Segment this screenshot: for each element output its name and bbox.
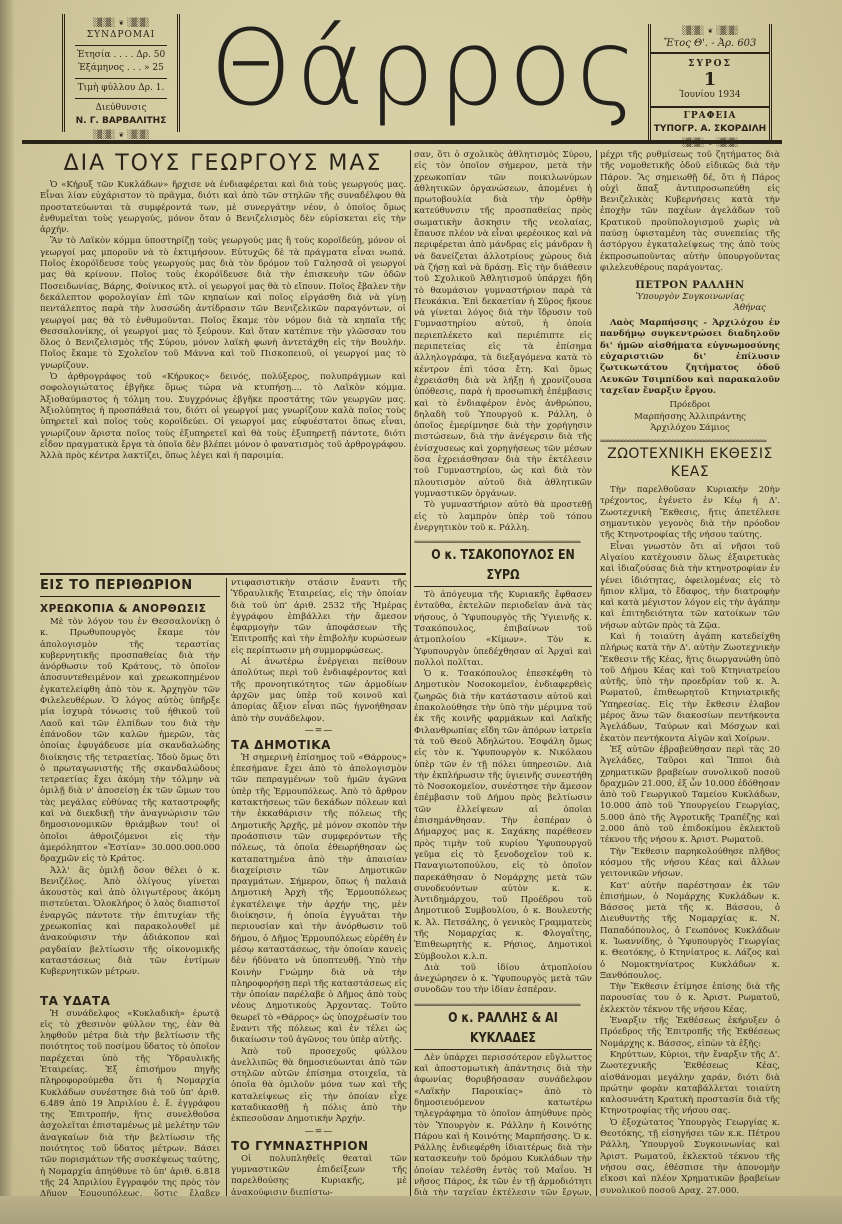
item-headline-rallis: Ο κ. ΡΑΛΛΗΣ & ΑΙ ΚΥΚΛΑΔΕΣ <box>427 1009 578 1049</box>
item-text: Ἡ συνάδελφος «Κυκλαδικὴ» ἐρωτᾷ εἰς τὸ χθ… <box>40 1009 220 1197</box>
issue-date: Ἰουνίου 1934 <box>651 89 769 108</box>
item-text: Τὸ ἀπόγευμα τῆς Κυριακῆς ἔφθασεν ἐνταῦθα… <box>414 590 592 669</box>
continuation-text: Τὸ γυμναστήριον αὐτὸ θὰ προστεθῇ εἰς τὸ … <box>414 500 592 534</box>
newspaper-title: Θάρρος <box>210 8 630 128</box>
telegram-recipient-place: Ἀθήνας <box>600 303 780 314</box>
continuation-text: ντιφασιστικὴν στάσιν ἔναντι τῆς Ὑδραυλικ… <box>231 578 407 657</box>
item-subheadline-keas: ΚΕΑΣ <box>600 463 780 481</box>
column-rule <box>226 578 227 1196</box>
item-text: Εἶναι γνωστὸν ὅτι αἱ νῆσοι τοῦ Αἰγαίου κ… <box>600 542 780 632</box>
item-text: Ἀλλ' ἂς ὁμιλῇ ὅσον θέλει ὁ κ. Βενιζέλος.… <box>40 866 220 979</box>
column-rule <box>410 150 411 1196</box>
item-headline-gymnastirion: ΤΟ ΓΥΜΝΑΣΤΗΡΙΟΝ <box>231 1138 407 1154</box>
telegram-recipient: ΠΕΤΡΟΝ ΡΑΛΛΗΝ <box>600 280 780 291</box>
column-rule <box>596 150 597 1196</box>
director-name: Ν. Γ. ΒΑΡΒΑΛΙΤΗΣ <box>65 115 177 128</box>
item-text: Διὰ τοῦ ἰδίου ἀτμοπλοίου ἀνεχώρησεν ὁ κ.… <box>414 963 592 997</box>
subscription-semester: Ἐξάμηνος . . . » 25 <box>65 62 177 75</box>
telegram-signer: Ἀρχιλόχου Σάμιος <box>600 423 780 434</box>
right-column: μέχρι τῆς ρυθμίσεως τοῦ ζητήματος διὰ τῆ… <box>600 150 780 1196</box>
item-text: Κατ' αὐτὴν παρέστησαν ἐκ τῶν ἐπισήμων, ὁ… <box>600 881 780 983</box>
ornament-top: ░▒░▒░ ❦ ░▒░▒░ <box>651 24 769 37</box>
lead-paragraph: Ὁ ἀρθρογράφος τοῦ «Κήρυκος» δεινός, πολύ… <box>40 372 406 462</box>
item-text: Ὁ κ. Τσακόπουλος ἐπεσκέφθη τὸ Δημοτικὸν … <box>414 669 592 963</box>
ornament-top: ░▒░▒░ ❦ ░▒░▒░ <box>65 16 177 29</box>
item-text: Μὲ τὸν λόγον του ἐν Θεσσαλονίκῃ ὁ κ. Πρω… <box>40 617 220 866</box>
item-text: Τὴν παρελθοῦσαν Κυριακὴν 20ὴν τρέχοντος,… <box>600 485 780 541</box>
ornamental-rule: ≈≈≈≈≈≈≈≈≈≈≈≈≈≈≈≈≈≈≈≈≈≈≈≈≈≈≈≈≈≈≈≈≈≈≈≈≈≈≈≈… <box>414 1001 592 1009</box>
telegram-signed-label: Πρόεδροι <box>600 400 780 411</box>
item-text: Ἐναρξιν τῆς Ἐκθέσεως ἐκήρυξεν ὁ Πρόεδρος… <box>600 1016 780 1050</box>
margin-column: ΕΙΣ ΤΟ ΠΕΡΙΘΩΡΙΟΝ ΧΡΕΩΚΟΠΙΑ & ΑΝΟΡΘΩΣΙΣ … <box>40 578 220 1196</box>
item-text: Ἐξ αὐτῶν ἐβραβεύθησαν περὶ τὰς 20 Ἀγελάδ… <box>600 745 780 847</box>
issue-box: ░▒░▒░ ❦ ░▒░▒░ Ἔτος Θ'. - Ἀρ. 603 ΣΥΡΟΣ 1… <box>648 24 772 140</box>
item-headline-tsakopoulos: Ο κ. ΤΣΑΚΟΠΟΥΛΟΣ ΕΝ ΣΥΡΩ <box>427 546 578 586</box>
masthead-rule <box>22 140 782 144</box>
item-text: Ὁ ἐξοχώτατος Ὑπουργὸς Γεωργίας κ. Θεοτόκ… <box>600 1118 780 1196</box>
subscription-annual: Ἐτησία . . . . Δρ. 50 <box>65 49 177 62</box>
issue-number: Ἔτος Θ'. - Ἀρ. 603 <box>651 37 769 54</box>
margin-section-title: ΕΙΣ ΤΟ ΠΕΡΙΘΩΡΙΟΝ <box>40 578 220 594</box>
ornamental-rule: ≈≈≈≈≈≈≈≈≈≈≈≈≈≈≈≈≈≈≈≈≈≈≈≈≈≈≈≈≈≈≈≈≈≈≈≈≈≈≈≈… <box>414 538 592 546</box>
telegram-signer: Μαρπήσσης Ἀλλιπράντης <box>600 412 780 423</box>
lead-bottom-rule <box>40 573 406 575</box>
continuation-text: Αἱ ἀνωτέρω ἐνέργειαι πείθουν ἀπολύτως πε… <box>231 657 407 725</box>
lead-article: ΔΙΑ ΤΟΥΣ ΓΕΩΡΓΟΥΣ ΜΑΣ Ὁ «Κήρυξ τῶν Κυκλά… <box>40 150 406 468</box>
page-edge-shadow <box>0 0 14 1224</box>
telegram-recipient-title: Ὑπουργὸν Συγκοινωνίας <box>600 292 780 303</box>
lead-paragraph: Ὁ «Κήρυξ τῶν Κυκλάδων» ἤρχισε νὰ ἐνδιαφέ… <box>40 180 406 236</box>
item-text: Οἱ πολυπληθεῖς θεαταὶ τῶν γυμναστικῶν ἐπ… <box>231 1154 407 1196</box>
item-text: Δὲν ὑπάρχει περισσότερον εὔγλωττος καὶ ἀ… <box>414 1053 592 1196</box>
separator: —=— <box>231 725 407 737</box>
item-text: Καὶ ἡ τοιαύτη ἀγάπη κατεδείχθη πλήρως κα… <box>600 632 780 745</box>
continuation-text: μέχρι τῆς ρυθμίσεως τοῦ ζητήματος διὰ τῆ… <box>600 150 780 274</box>
offices-label: ΓΡΑΦΕΙΑ <box>651 110 769 123</box>
telegram-body: Λαὸς Μαρπήσσης - Ἀρχιλόχου ἐν πανδήμῳ συ… <box>600 318 780 397</box>
item-text: Ἀπὸ τοῦ προσεχοῦς φύλλου ἀνελλιπῶς θὰ δη… <box>231 1047 407 1126</box>
issue-day: 1 <box>651 71 769 89</box>
item-text: Ἡ σημερινὴ ἐπίσημος τοῦ «Θάρρους» ἐπεσήμ… <box>231 753 407 1047</box>
subscriptions-heading: ΣΥΝΔΡΟΜΑΙ <box>65 29 177 42</box>
page-bottom-edge <box>0 1196 842 1224</box>
lead-headline: ΔΙΑ ΤΟΥΣ ΓΕΩΡΓΟΥΣ ΜΑΣ <box>40 150 406 178</box>
item-text: Κηρύττων, Κύριοι, τὴν ἔναρξιν τῆς Δ'. Ζω… <box>600 1050 780 1118</box>
lead-paragraph: Ἂν τὸ Λαϊκὸν κόμμα ὑποστηρίζῃ τοὺς γεωργ… <box>40 236 406 372</box>
separator: —=— <box>231 1126 407 1138</box>
item-headline-dimotika: ΤΑ ΔΗΜΟΤΙΚΑ <box>231 737 407 753</box>
item-headline-chreokopia: ΧΡΕΩΚΟΠΙΑ & ΑΝΟΡΘΩΣΙΣ <box>40 601 220 617</box>
item-text: Τὴν Ἔκθεσιν παρηκολούθησε πλῆθος κόσμου … <box>600 847 780 881</box>
third-column: σαν, ὅτι ὁ σχολικὸς ἀθλητισμὸς Σύρου, εἰ… <box>414 150 592 1196</box>
item-headline-zootechniki: ΖΩΟΤΕΧΝΙΚΗ ΕΚΘΕΣΙΣ <box>600 445 780 463</box>
middle-column: ντιφασιστικὴν στάσιν ἔναντι τῆς Ὑδραυλικ… <box>231 578 407 1196</box>
director-label: Διεύθυνσις <box>65 102 177 115</box>
continuation-text: σαν, ὅτι ὁ σχολικὸς ἀθλητισμὸς Σύρου, εἰ… <box>414 150 592 500</box>
item-headline-ydata: ΤΑ ΥΔΑΤΑ <box>40 993 220 1009</box>
offices-address: ΤΥΠΟΓΡ. Α. ΣΚΟΡΔΙΛΗ <box>651 123 769 136</box>
item-text: Τὴν Ἔκθεσιν ἐτίμησε ἐπίσης διὰ τῆς παρου… <box>600 982 780 1016</box>
subscriptions-box: ░▒░▒░ ❦ ░▒░▒░ ΣΥΝΔΡΟΜΑΙ Ἐτησία . . . . Δ… <box>62 14 180 132</box>
ornamental-rule: ≈≈≈≈≈≈≈≈≈≈≈≈≈≈≈≈≈≈≈≈≈≈≈≈≈≈≈≈≈≈≈≈≈≈≈≈≈≈≈≈… <box>600 437 780 445</box>
single-copy-price: Τιμὴ φύλλου Δρ. 1. <box>65 82 177 95</box>
